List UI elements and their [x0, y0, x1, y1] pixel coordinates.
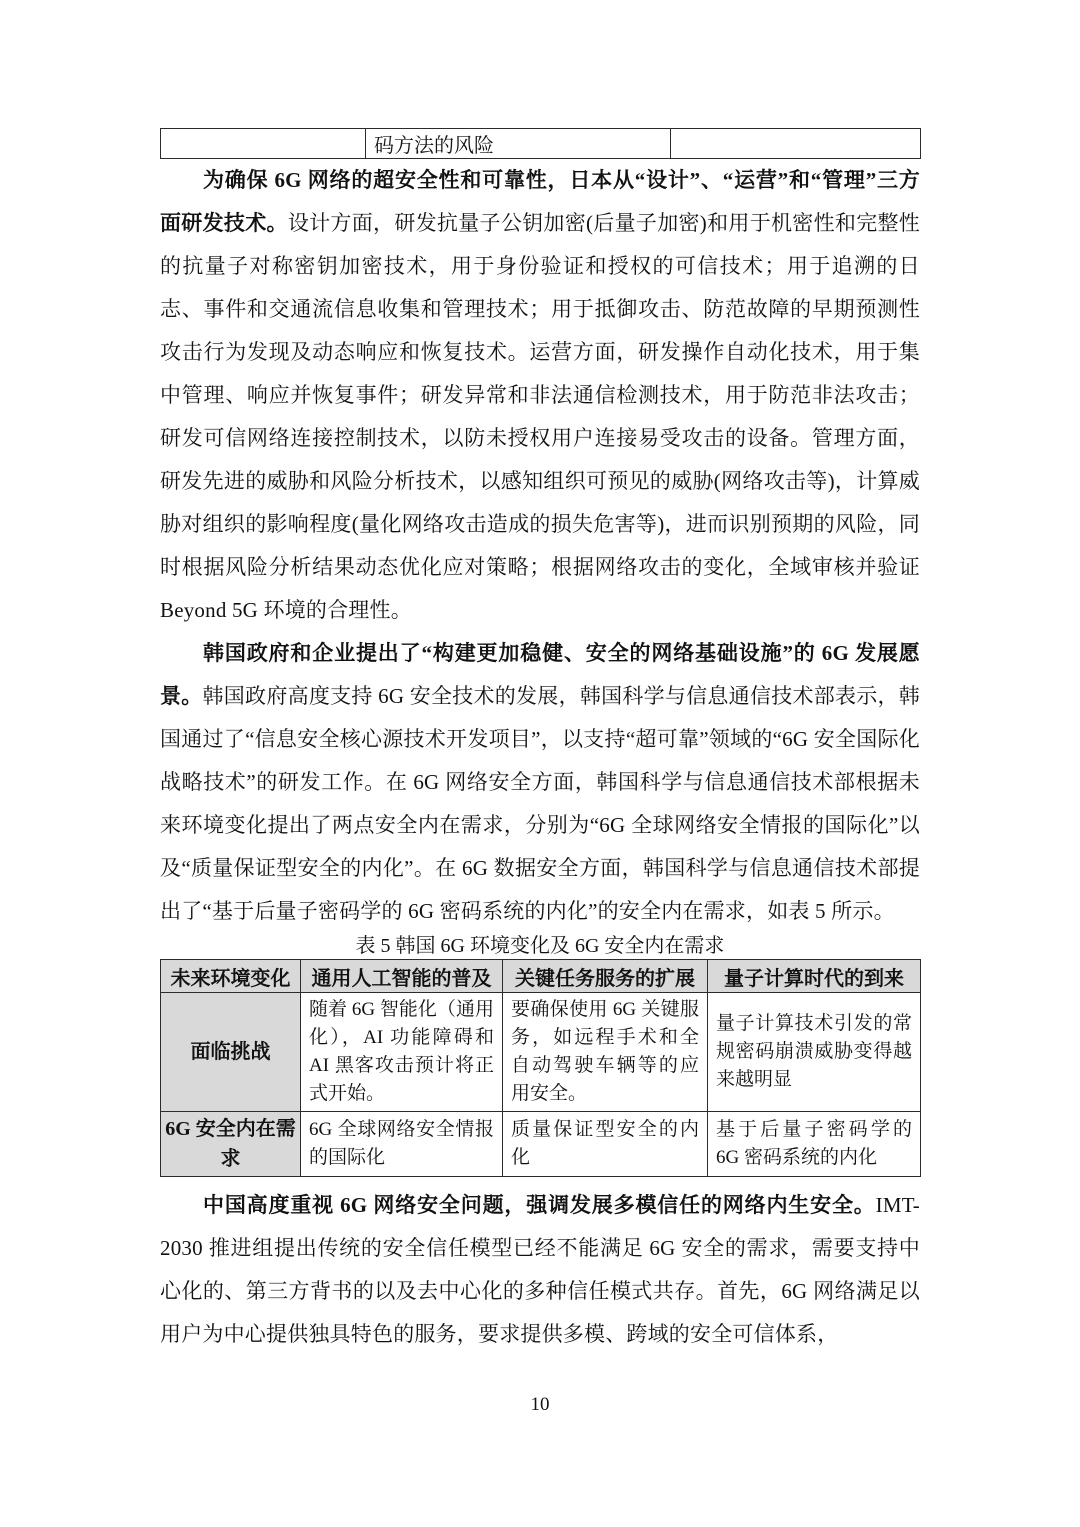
paragraph-japan-6g-security: 为确保 6G 网络的超安全性和可靠性，日本从“设计”、“运营”和“管理”三方面研…: [160, 159, 920, 632]
paragraph-korea-6g-vision: 韩国政府和企业提出了“构建更加稳健、安全的网络基础设施”的 6G 发展愿景。韩国…: [160, 632, 920, 933]
table5-cell: 随着 6G 智能化（通用化），AI 功能障碍和 AI 黑客攻击预计将正式开始。: [301, 993, 503, 1112]
top-table-fragment: 码方法的风险: [160, 128, 921, 159]
page-number: 10: [0, 1394, 1080, 1416]
table5-cell: 量子计算技术引发的常规密码崩溃威胁变得越来越明显: [708, 993, 921, 1112]
table5-header-cell: 通用人工智能的普及: [301, 960, 503, 993]
table-cell-empty: [671, 129, 921, 159]
table5-row-label: 6G 安全内在需求: [161, 1112, 301, 1177]
table5-caption: 表 5 韩国 6G 环境变化及 6G 安全内在需求: [160, 934, 920, 959]
paragraph-china-6g-security: 中国高度重视 6G 网络安全问题，强调发展多模信任的网络内生安全。IMT-203…: [160, 1184, 920, 1356]
paragraph-lead-bold: 中国高度重视 6G 网络安全问题，强调发展多模信任的网络内生安全。: [203, 1193, 876, 1217]
paragraph-body-text: 韩国政府高度支持 6G 安全技术的发展，韩国科学与信息通信技术部表示，韩国通过了…: [160, 684, 920, 923]
table-cell-empty: [161, 129, 366, 159]
table-cell-risk-text: 码方法的风险: [366, 129, 671, 159]
table5-header-row: 未来环境变化 通用人工智能的普及 关键任务服务的扩展 量子计算时代的到来: [161, 960, 921, 993]
table5-cell: 质量保证型安全的内化: [503, 1112, 708, 1177]
table5-cell: 要确保使用 6G 关键服务，如远程手术和全自动驾驶车辆等的应用安全。: [503, 993, 708, 1112]
table5-cell: 基于后量子密码学的 6G 密码系统的内化: [708, 1112, 921, 1177]
table5-row-challenges: 面临挑战 随着 6G 智能化（通用化），AI 功能障碍和 AI 黑客攻击预计将正…: [161, 993, 921, 1112]
document-page: 码方法的风险 为确保 6G 网络的超安全性和可靠性，日本从“设计”、“运营”和“…: [0, 0, 1080, 1527]
table5-header-cell: 未来环境变化: [161, 960, 301, 993]
table5-korea-6g: 未来环境变化 通用人工智能的普及 关键任务服务的扩展 量子计算时代的到来 面临挑…: [160, 959, 921, 1177]
table-row: 码方法的风险: [161, 129, 921, 159]
table5-cell: 6G 全球网络安全情报的国际化: [301, 1112, 503, 1177]
table5-header-cell: 量子计算时代的到来: [708, 960, 921, 993]
table5-row-label: 面临挑战: [161, 993, 301, 1112]
table5-row-security-needs: 6G 安全内在需求 6G 全球网络安全情报的国际化 质量保证型安全的内化 基于后…: [161, 1112, 921, 1177]
table5-header-cell: 关键任务服务的扩展: [503, 960, 708, 993]
paragraph-body-text: 设计方面，研发抗量子公钥加密(后量子加密)和用于机密性和完整性的抗量子对称密钥加…: [160, 211, 920, 622]
document-content: 码方法的风险 为确保 6G 网络的超安全性和可靠性，日本从“设计”、“运营”和“…: [160, 128, 920, 1356]
